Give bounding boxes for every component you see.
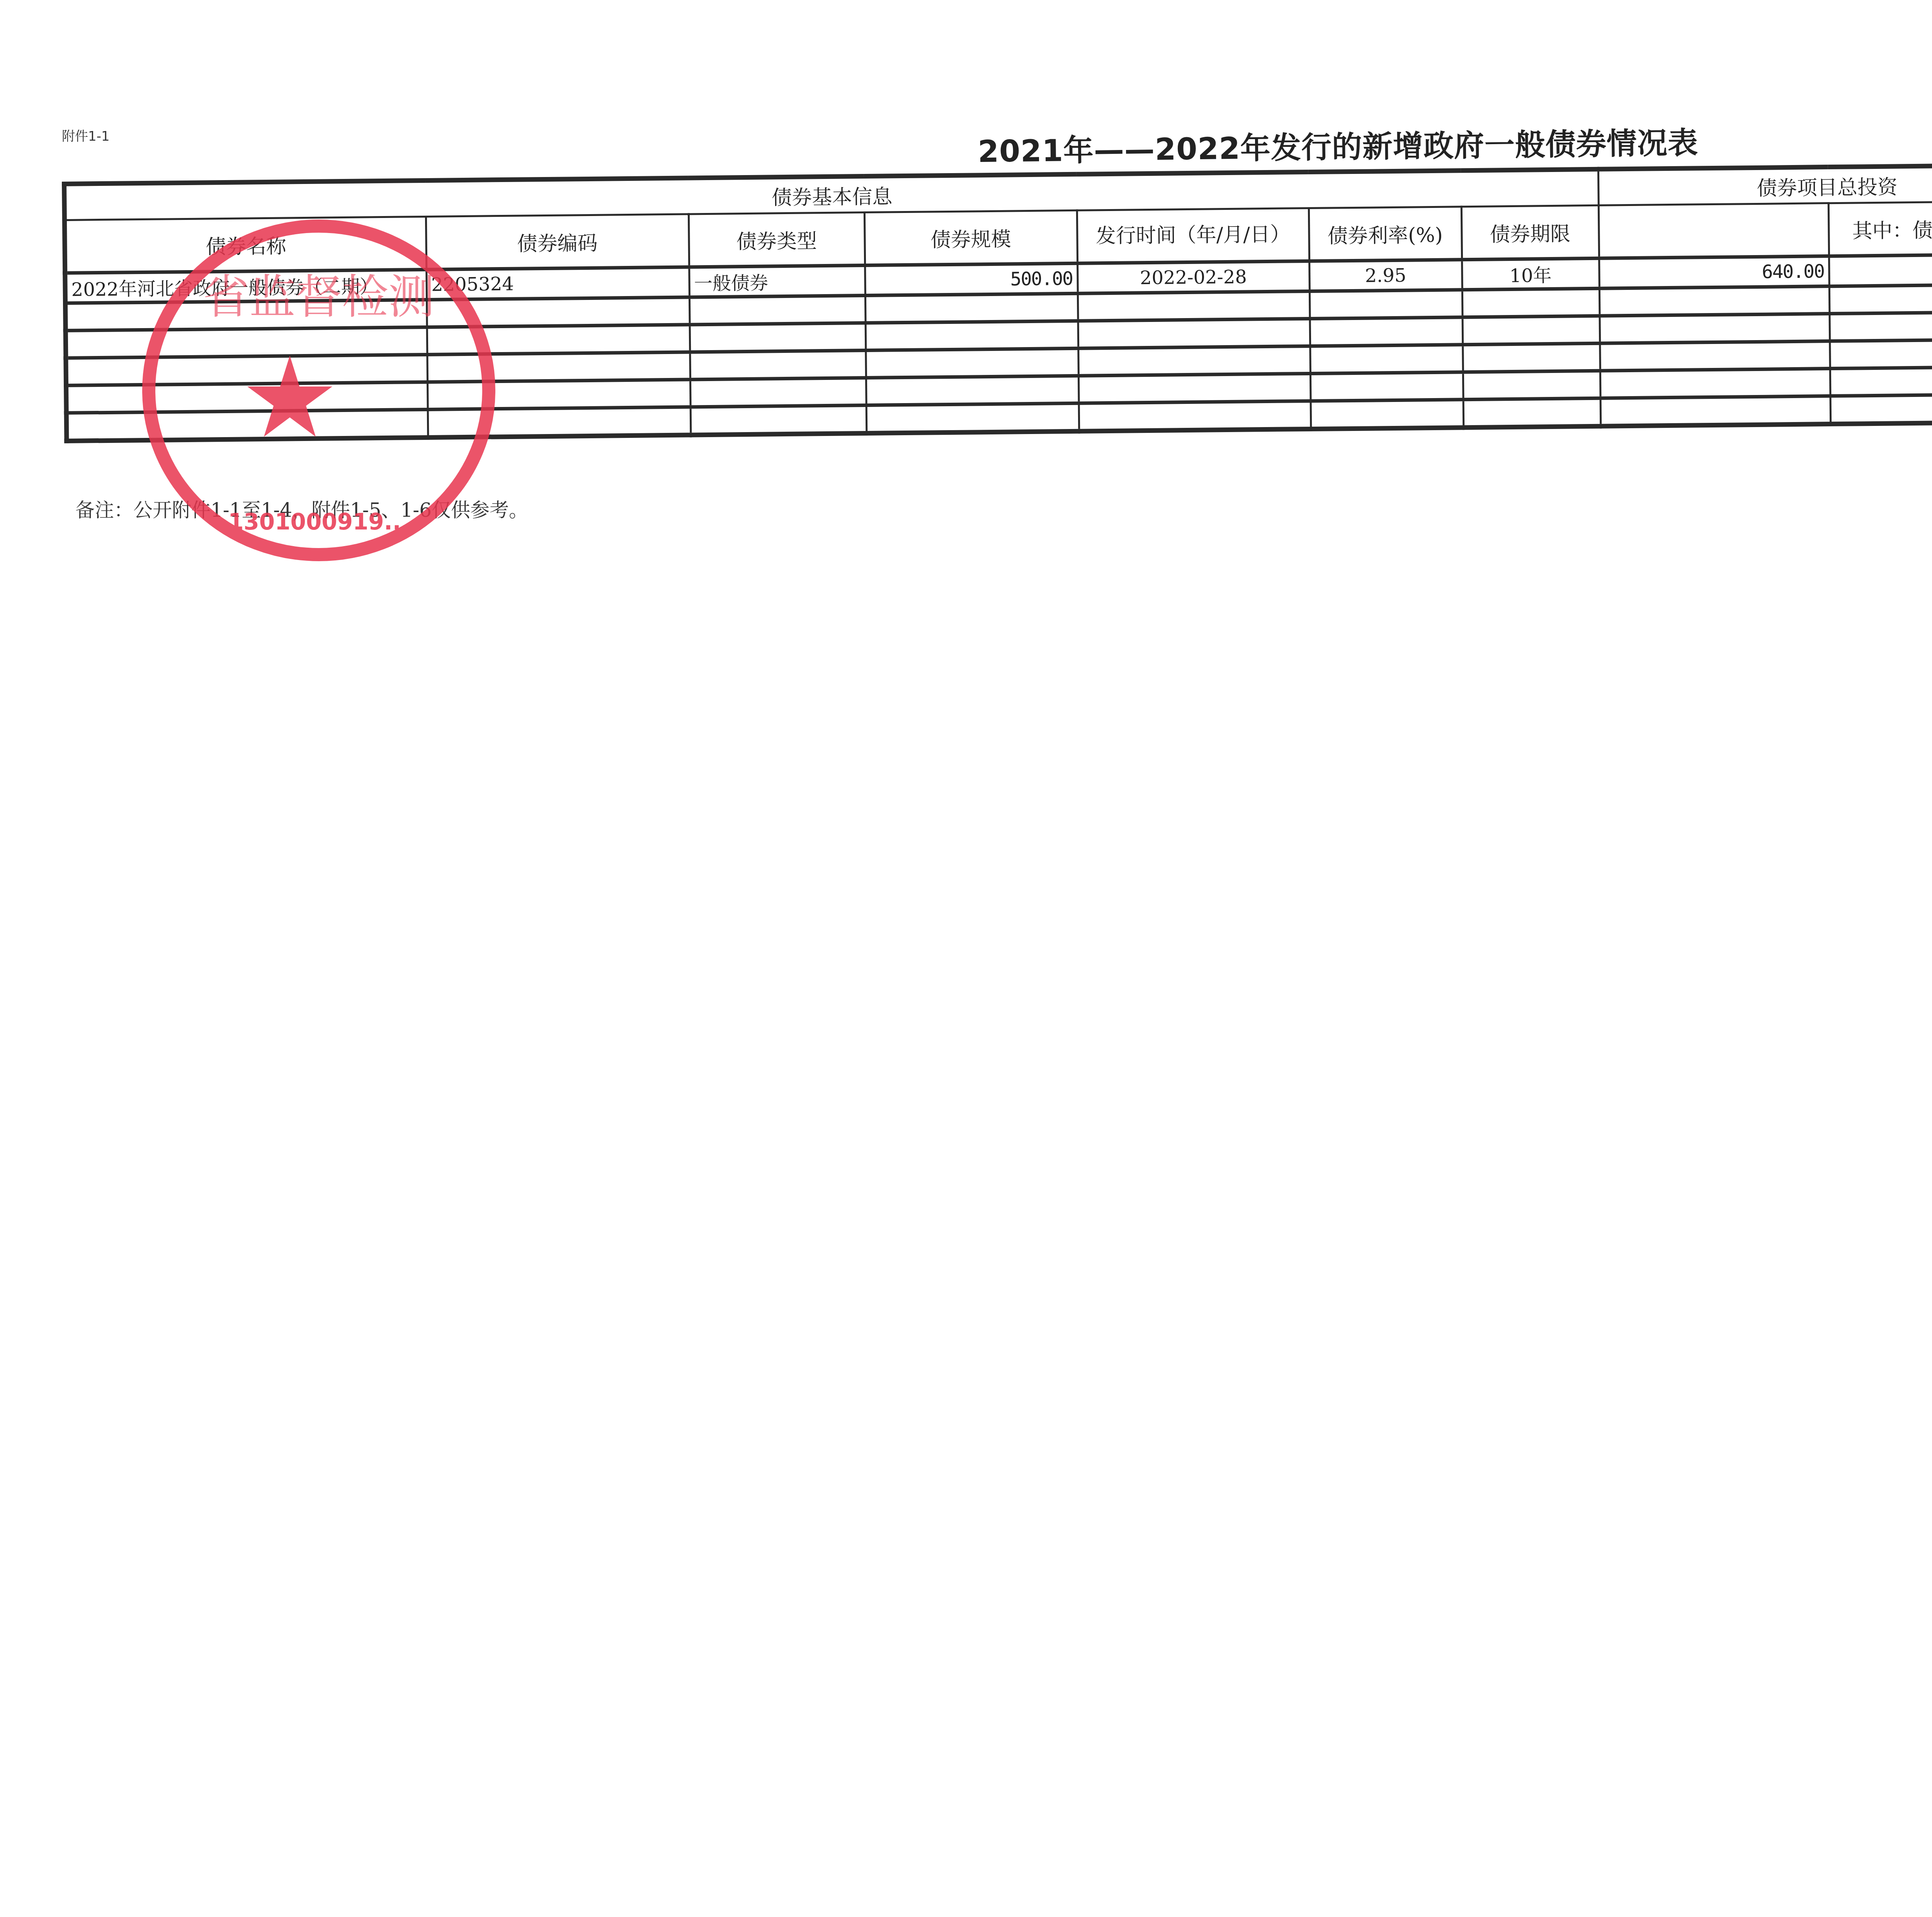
- cell-total-bond-funds: [1830, 366, 1932, 396]
- cell-name: 2022年河北省政府一般债券（二期）: [65, 269, 427, 303]
- cell-scale: 500.00: [865, 263, 1078, 295]
- cell-name: [66, 382, 428, 413]
- cell-rate: [1311, 400, 1464, 429]
- cell-rate: [1310, 345, 1463, 374]
- cell-name: [65, 300, 427, 330]
- cell-code: 2205324: [426, 267, 689, 300]
- cell-rate: [1310, 372, 1463, 401]
- header-total-blank: [1599, 203, 1829, 259]
- cell-name: [66, 354, 427, 385]
- cell-scale: [866, 348, 1078, 378]
- cell-type: [690, 378, 866, 407]
- cell-issue-date: [1078, 319, 1310, 349]
- cell-issue-date: [1078, 346, 1310, 376]
- cell-term: [1463, 371, 1600, 399]
- header-type: 债券类型: [689, 213, 865, 267]
- bond-table: 债券基本信息 债券项目总投资 债券项目已实现投资 备注 债券名称 债券编码 债券…: [62, 157, 1932, 443]
- header-name: 债券名称: [65, 216, 426, 273]
- cell-type: 一般债券: [689, 266, 865, 297]
- cell-type: [690, 405, 867, 435]
- cell-code: [427, 352, 690, 382]
- cell-issue-date: [1079, 401, 1311, 431]
- cell-issue-date: [1078, 291, 1310, 321]
- cell-scale: [866, 403, 1079, 433]
- page-title: 2021年——2022年发行的新增政府一般债券情况表: [978, 119, 1698, 171]
- cell-name: [66, 327, 427, 358]
- cell-term: [1463, 398, 1601, 427]
- header-total-investment: 债券项目总投资: [1598, 165, 1932, 205]
- cell-code: [427, 325, 690, 355]
- cell-term: [1463, 343, 1600, 372]
- cell-scale: [865, 293, 1078, 323]
- cell-scale: [866, 321, 1078, 350]
- cell-total-bond-funds: [1830, 339, 1932, 369]
- cell-term: [1462, 288, 1600, 317]
- cell-total-investment: [1600, 369, 1830, 398]
- footnote: 备注：公开附件1-1至1-4，附件1-5、1-6仅供参考。: [75, 495, 528, 523]
- cell-total-bond-funds: [1830, 394, 1932, 424]
- cell-name: [66, 409, 428, 441]
- cell-total-investment: [1600, 314, 1830, 344]
- cell-total-bond-funds: [1830, 312, 1932, 341]
- bond-table-container: 债券基本信息 债券项目总投资 债券项目已实现投资 备注 债券名称 债券编码 债券…: [62, 157, 1932, 443]
- cell-code: [427, 297, 690, 327]
- cell-total-bond-funds: [1829, 284, 1932, 314]
- cell-term: [1463, 316, 1600, 344]
- cell-scale: [866, 376, 1079, 405]
- cell-type: [689, 296, 866, 325]
- cell-rate: [1310, 290, 1463, 319]
- header-issue-date: 发行时间（年/月/日）: [1077, 208, 1309, 264]
- cell-issue-date: [1078, 374, 1311, 403]
- cell-type: [690, 323, 866, 352]
- header-total-of-which: 其中：债券资金安排: [1828, 201, 1932, 256]
- cell-issue-date: 2022-02-28: [1077, 261, 1310, 294]
- cell-total-investment: [1600, 341, 1830, 371]
- cell-total-investment: [1599, 286, 1830, 316]
- header-code: 债券编码: [426, 214, 689, 270]
- header-rate: 债券利率(%): [1309, 207, 1462, 261]
- header-term: 债券期限: [1461, 205, 1599, 259]
- cell-total-investment: 640.00: [1599, 256, 1829, 289]
- cell-rate: [1310, 317, 1463, 346]
- cell-total-bond-funds: 500.00: [1829, 254, 1932, 286]
- cell-rate: 2.95: [1309, 260, 1462, 291]
- attachment-label: 附件1-1: [62, 126, 110, 145]
- header-scale: 债券规模: [864, 210, 1077, 265]
- cell-code: [428, 407, 691, 438]
- cell-total-investment: [1600, 396, 1831, 426]
- cell-code: [427, 380, 690, 410]
- cell-term: 10年: [1462, 258, 1599, 289]
- cell-type: [690, 351, 866, 380]
